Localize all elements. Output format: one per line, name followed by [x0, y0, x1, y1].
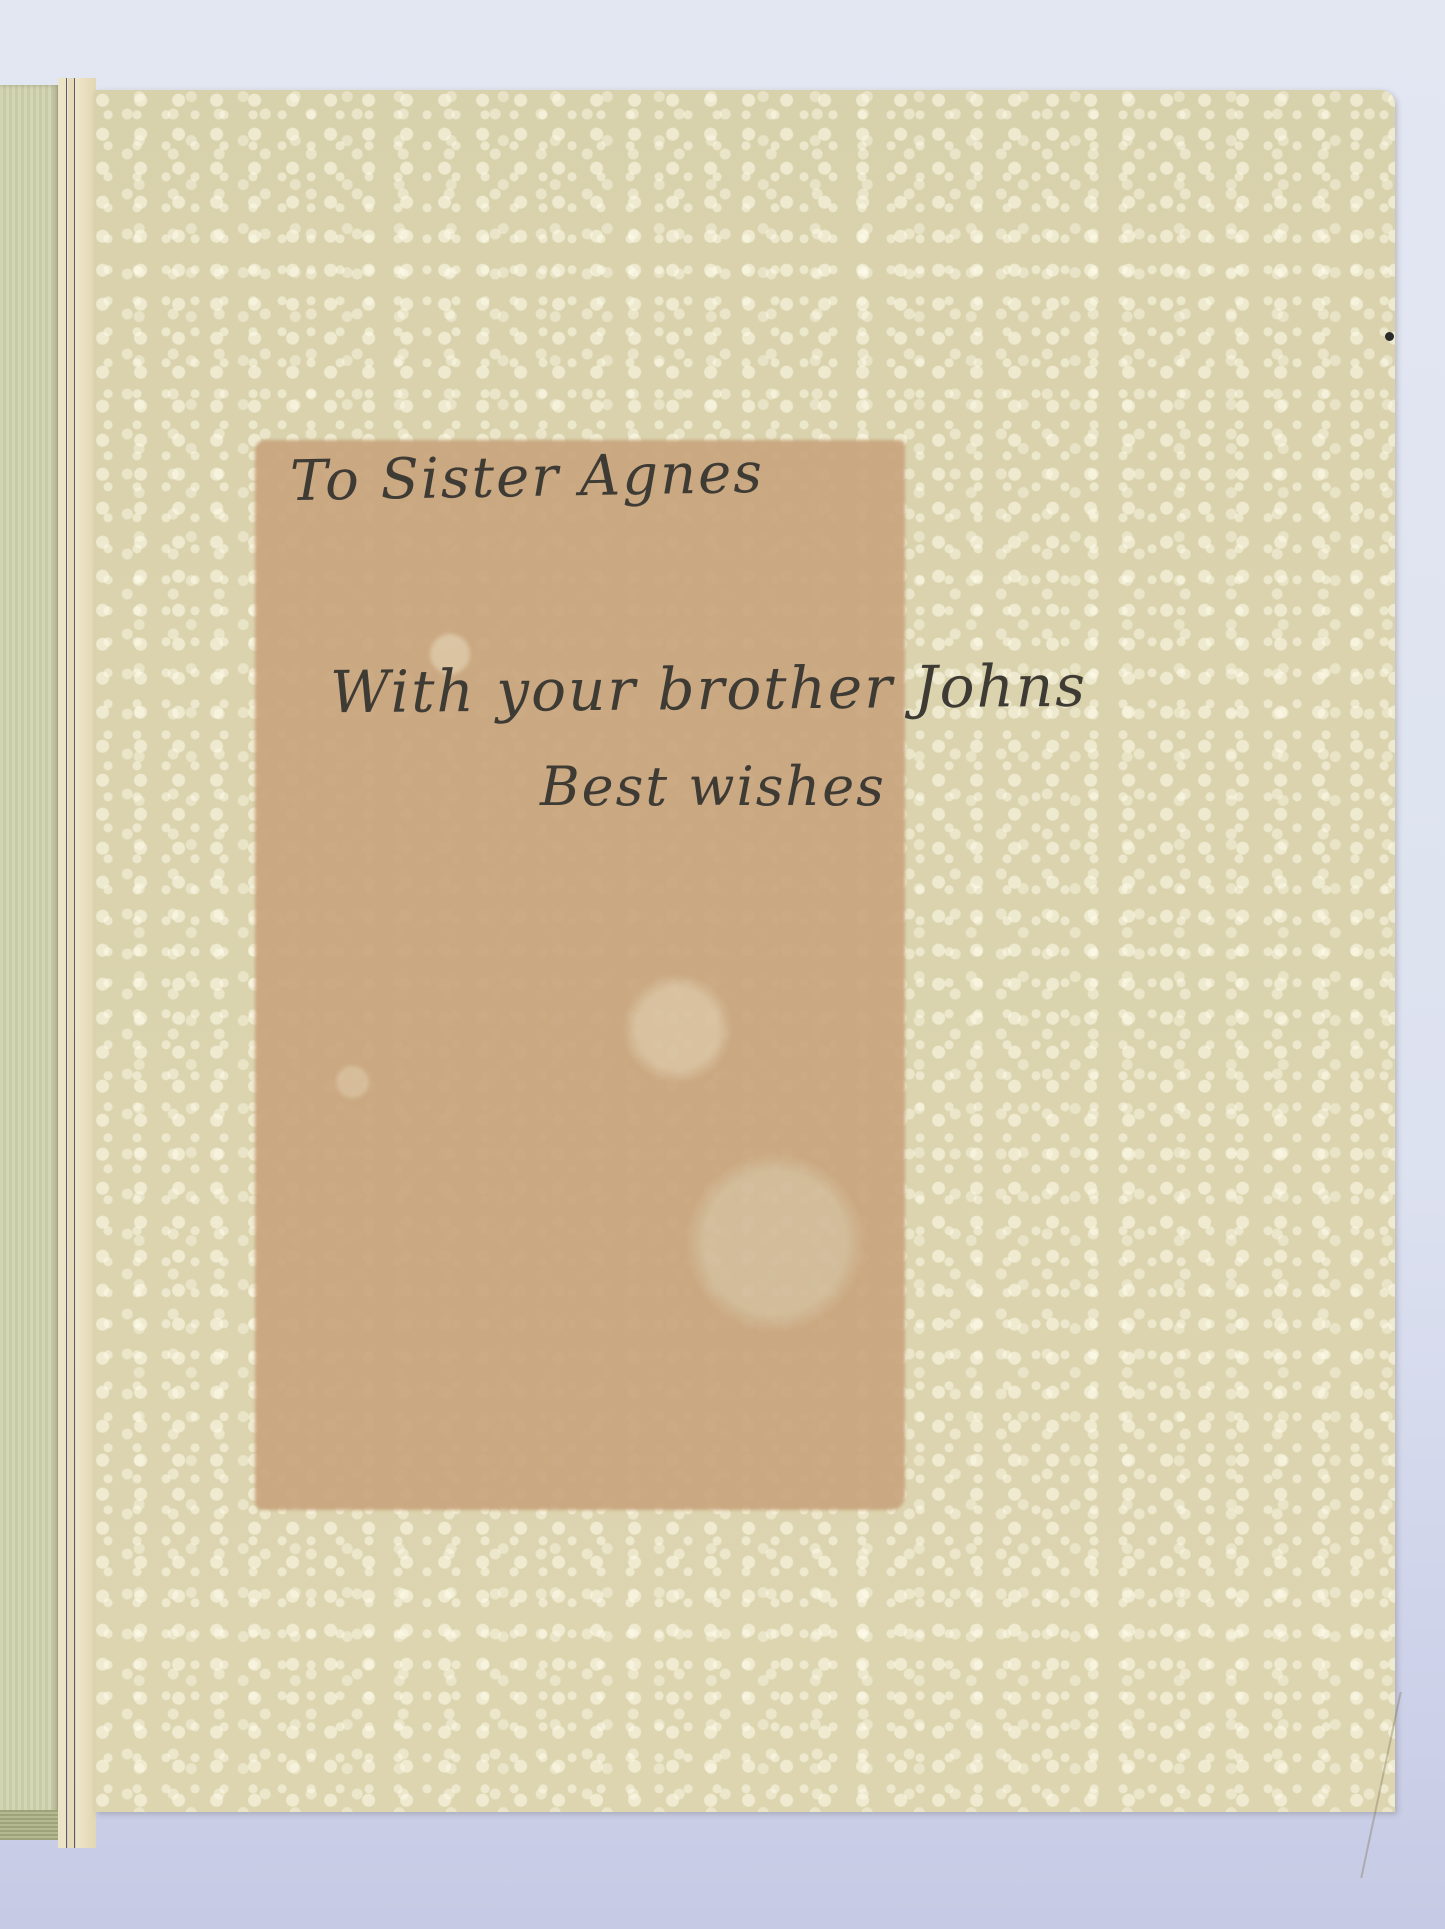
- page-edge: [58, 78, 67, 1848]
- endpaper-page: To Sister Agnes With your brother Johns …: [95, 90, 1395, 1812]
- page-crease: [1360, 1692, 1401, 1878]
- inscription-line-1: To Sister Agnes: [289, 441, 764, 514]
- book-photo: To Sister Agnes With your brother Johns …: [0, 0, 1445, 1929]
- book-binding-left: [0, 85, 58, 1840]
- binding-cloth-corner: [0, 1810, 58, 1840]
- inscription-line-3: Best wishes: [540, 755, 886, 818]
- offset-stain: [255, 440, 905, 1510]
- inscription-line-2: With your brother Johns: [330, 652, 1088, 727]
- page-edge: [68, 78, 75, 1848]
- ink-spot: [1385, 332, 1394, 341]
- hinge-edge: [76, 78, 96, 1848]
